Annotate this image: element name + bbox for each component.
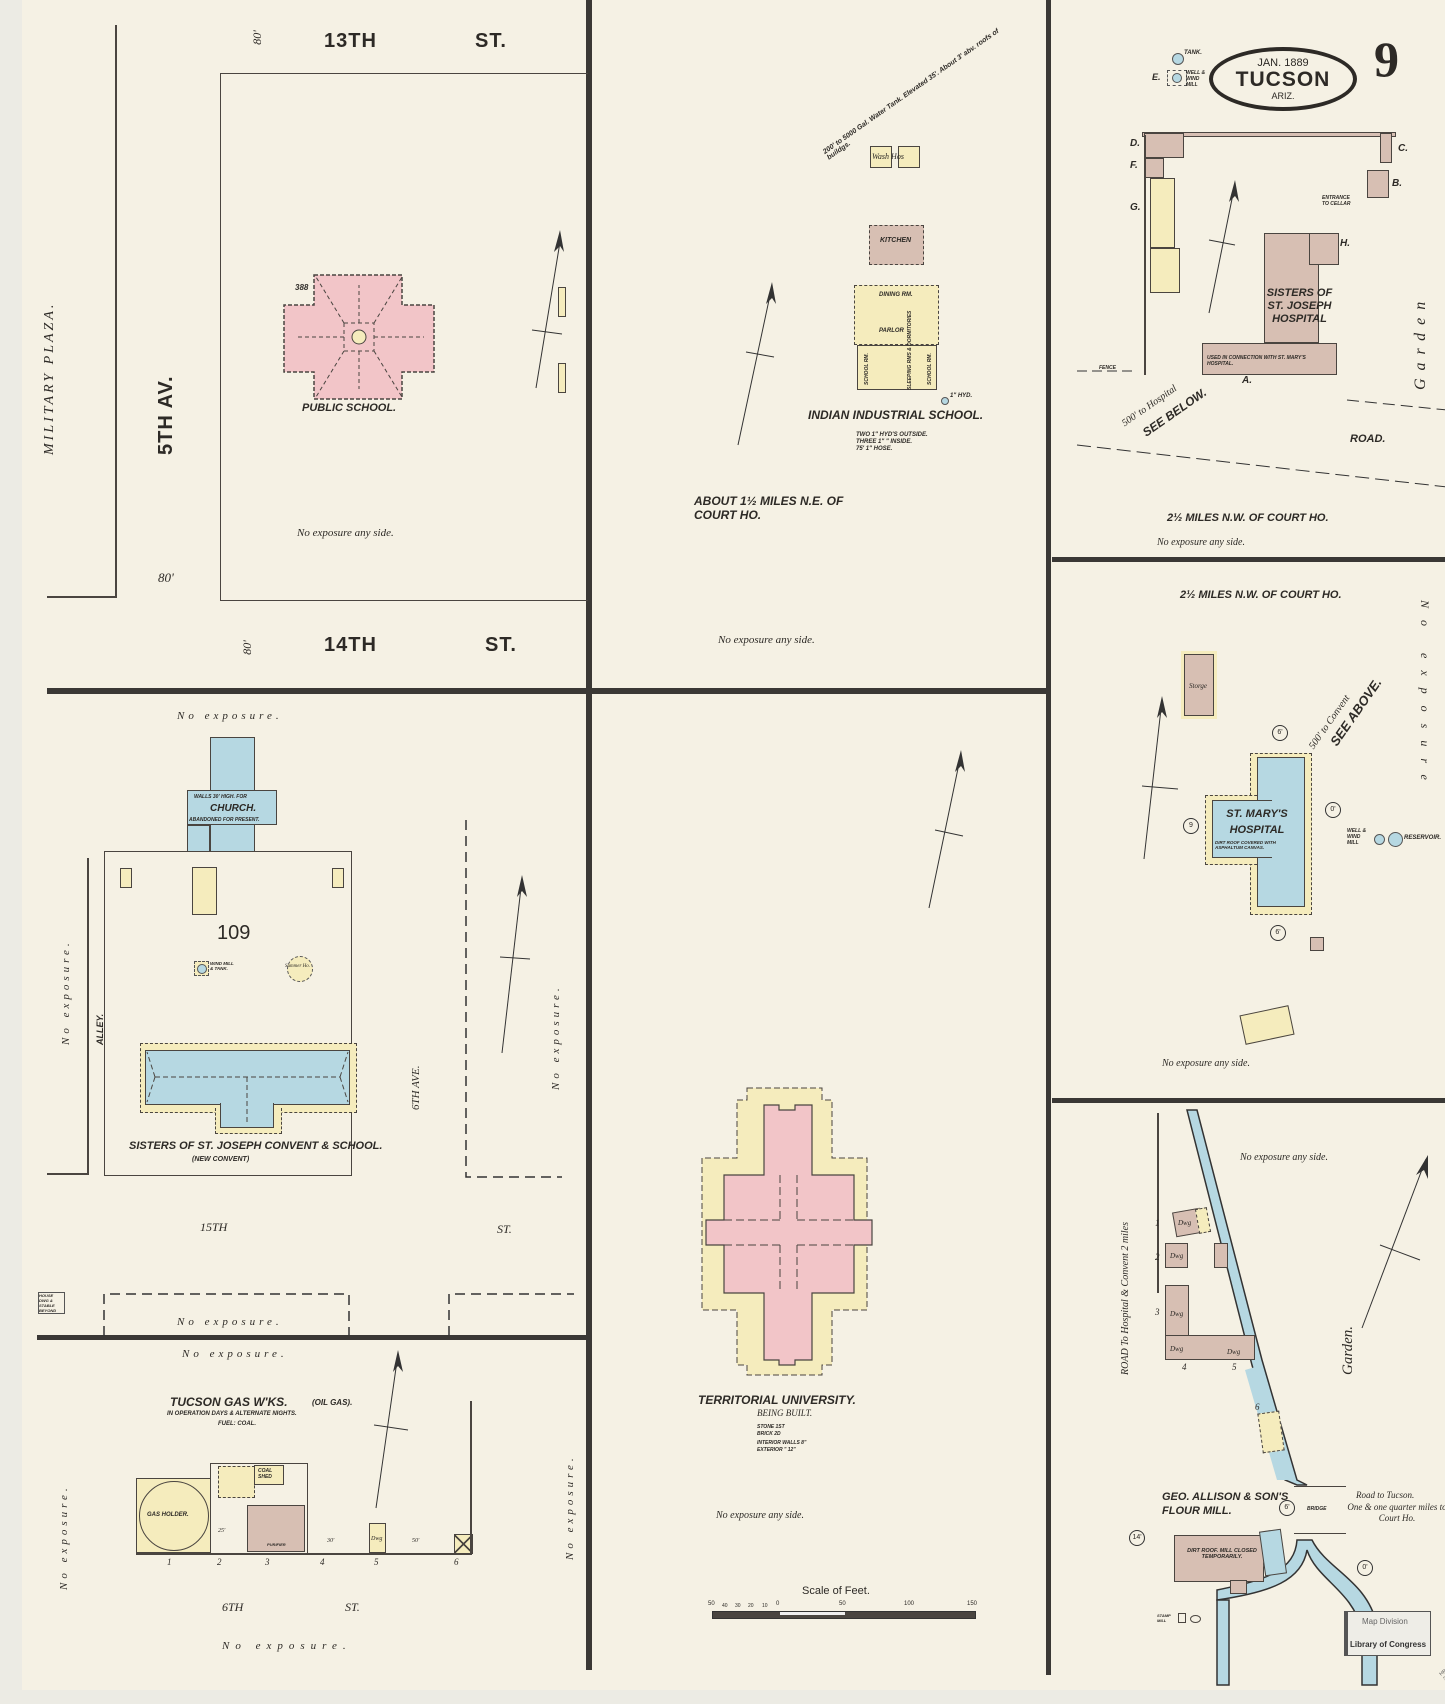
label-d: D. [1130, 138, 1140, 149]
scale-tick-20: 20 [748, 1603, 754, 1609]
university-note-4: EXTERIOR " 12" [757, 1447, 796, 1453]
tank-icon [1172, 53, 1184, 65]
horizontal-divider-right-2 [1052, 1098, 1445, 1103]
st-marys-side-exposure: No exposure [1417, 600, 1432, 792]
label-e: E. [1152, 72, 1161, 82]
st-joseph-exposure: No exposure any side. [1157, 537, 1245, 548]
road-label: ROAD. [1350, 433, 1385, 445]
north-arrow-icon [500, 875, 530, 1055]
horizontal-divider-mid [47, 688, 1047, 694]
gas-works-dwg: Dwg [371, 1536, 382, 1542]
gas-works-fuel: FUEL: COAL. [218, 1421, 256, 1427]
corner-note: HOUSE DWG & STABLE BEYOND [38, 1292, 65, 1314]
school-room-2: SCHOOL RM. [927, 353, 933, 385]
reservoir-icon [1388, 832, 1403, 847]
st-marys-location: 2½ MILES N.W. OF COURT HO. [1180, 589, 1342, 601]
dim-30: 30' [327, 1538, 334, 1544]
circle-marker: 14' [1129, 1530, 1145, 1546]
indian-school-note-1: TWO 1" HYD'S OUTSIDE. [856, 432, 928, 438]
university-label: TERRITORIAL UNIVERSITY. [698, 1393, 856, 1407]
storage-label: Storge [1189, 682, 1207, 690]
st-marys-exposure: No exposure any side. [1162, 1058, 1250, 1069]
north-arrow-icon [927, 750, 967, 910]
mill-lot-3: 3 [1155, 1307, 1160, 1317]
kitchen-label: KITCHEN [880, 237, 911, 244]
summer-house [287, 956, 313, 982]
school-room-1: SCHOOL RM. [864, 353, 870, 385]
mill-lot-1: 1 [1155, 1218, 1160, 1228]
university-note-3: INTERIOR WALLS 8" [757, 1440, 806, 1446]
lot-3: 3 [265, 1557, 270, 1567]
church-note-2: ABANDONED FOR PRESENT. [189, 817, 259, 823]
gas-right-exposure: No exposure. [564, 1454, 576, 1560]
street-14-num: 14TH [324, 634, 377, 657]
convent-subtitle: (NEW CONVENT) [192, 1156, 249, 1163]
road-to-tucson: Road to Tucson. [1356, 1490, 1414, 1500]
public-school-exposure: No exposure any side. [297, 527, 394, 539]
indian-school-location: ABOUT 1½ MILES N.E. OF COURT HO. [694, 494, 844, 522]
scale-tick-100: 100 [904, 1601, 914, 1607]
water-tank-note: 200' to 5000 Gal. Water Tank. Elevated 3… [822, 24, 1010, 162]
label-c: C. [1398, 143, 1408, 154]
public-school-code: 388 [295, 283, 308, 292]
scale-tick-50l: 50 [708, 1601, 715, 1607]
north-arrow-icon [374, 1350, 414, 1510]
well-icon [1172, 73, 1182, 83]
scale-tick-150: 150 [967, 1601, 977, 1607]
title-cartouche: JAN. 1889 TUCSON ARIZ. [1209, 47, 1357, 111]
sixth-street-num: 6TH [222, 1600, 243, 1615]
convent-left-exposure: No exposure. [60, 939, 72, 1045]
vertical-divider-right [1046, 0, 1051, 1675]
gas-left-exposure: No exposure. [58, 1484, 70, 1590]
university-note-2: BRICK 2D [757, 1431, 781, 1437]
dwg-label: Dwg [1170, 1310, 1183, 1318]
block-number: 109 [217, 922, 250, 945]
lot-5: 5 [374, 1557, 379, 1567]
convent-roof-lines [145, 1050, 350, 1130]
well-label: WELL & WIND MILL [1186, 70, 1210, 88]
fifteenth-street-suffix: ST. [497, 1222, 512, 1237]
mill-note: DIRT ROOF. MILL CLOSED TEMPORARILY. [1182, 1548, 1262, 1560]
indian-school-note-3: 75' 1" HOSE. [856, 446, 892, 452]
scale-tick-40: 40 [722, 1603, 728, 1609]
label-h: H. [1340, 238, 1350, 249]
horizontal-divider-right-1 [1052, 557, 1445, 562]
reservoir-label: RESERVOIR. [1404, 835, 1441, 841]
dwg-label: Dwg [1170, 1345, 1183, 1353]
st-marys-well-label: WELL & WIND MILL [1347, 828, 1369, 846]
gas-works-operation: IN OPERATION DAYS & ALTERNATE NIGHTS. [167, 1411, 297, 1417]
lot-dashes [104, 1292, 574, 1336]
church-label: CHURCH. [210, 803, 256, 814]
stamp-mill-label: STAMP MILL [1157, 1613, 1173, 1623]
hydrant-label: 1" HYD. [950, 393, 972, 399]
university-exposure: No exposure any side. [716, 1510, 804, 1521]
circle-marker: 9 [1183, 818, 1199, 834]
summer-house-label: Summer Ho. [285, 964, 310, 969]
st-marys-label: ST. MARY'S HOSPITAL [1217, 806, 1297, 838]
indian-school-label: INDIAN INDUSTRIAL SCHOOL. [808, 408, 983, 422]
circle-marker: 0' [1325, 802, 1341, 818]
wind-mill-label: WIND MILL & TANK. [210, 961, 238, 971]
scale-tick-0: 0 [776, 1601, 779, 1607]
label-b: B. [1392, 178, 1402, 189]
mill-lot-5: 5 [1232, 1362, 1237, 1372]
tank-label: TANK. [1184, 50, 1202, 56]
flour-mill-exposure: No exposure any side. [1240, 1152, 1328, 1163]
parlor-label: PARLOR [879, 328, 904, 334]
entrance-cellar-label: ENTRANCE TO CELLAR [1322, 195, 1357, 207]
garden-label: Garden. [1340, 1326, 1357, 1375]
dim-50: 50' [412, 1538, 419, 1544]
indian-school-exposure: No exposure any side. [718, 634, 815, 646]
sheet-state: ARIZ. [1213, 91, 1353, 101]
dim-top: 80' [250, 30, 265, 45]
label-g: G. [1130, 202, 1141, 213]
north-arrow-icon [1207, 180, 1237, 315]
fifteenth-street-num: 15TH [200, 1220, 227, 1235]
circle-marker: 6' [1270, 925, 1286, 941]
lot-4: 4 [320, 1557, 325, 1567]
fence-label: FENCE [1099, 365, 1116, 371]
north-arrow-icon [734, 282, 774, 447]
university-note-1: STONE 1ST [757, 1424, 785, 1430]
avenue-label: 5TH AV. [155, 375, 178, 455]
convent-right-exposure: No exposure. [550, 984, 562, 1090]
sheet-number: 9 [1374, 30, 1399, 88]
north-arrow-icon [1142, 696, 1172, 861]
circle-marker: 6' [1279, 1500, 1295, 1516]
dim-25: 25' [218, 1528, 225, 1534]
lot-2: 2 [217, 1557, 222, 1567]
public-school-label: PUBLIC SCHOOL. [302, 402, 396, 414]
street-14-suffix: ST. [485, 634, 517, 657]
gas-holder-label: GAS HOLDER. [147, 1512, 189, 1518]
street-13-num: 13TH [324, 30, 377, 53]
sixth-street-suffix: ST. [345, 1600, 360, 1615]
wind-mill-icon [194, 961, 209, 976]
label-f: F. [1130, 160, 1138, 171]
convent-bottom-exposure: No exposure. [177, 1316, 283, 1328]
alley-label: ALLEY. [95, 1014, 105, 1045]
sixth-ave-label: 6TH AVE. [410, 1066, 422, 1110]
purifier-label: PURIFIER [267, 1542, 286, 1547]
dim-left: 80' [158, 570, 174, 586]
gas-works-title-note: (OIL GAS). [312, 1398, 352, 1407]
dim-bottom: 80' [240, 640, 255, 655]
road-to-hospital-label: ROAD To Hospital & Convent 2 miles [1120, 1222, 1131, 1375]
territorial-university-building [682, 1070, 922, 1390]
scale-tick-30: 30 [735, 1603, 741, 1609]
church-note-1: WALLS 30' HIGH. FOR [194, 794, 247, 800]
library-stamp: Map Division Library of Congress [1344, 1611, 1431, 1656]
st-joseph-hospital-label: SISTERS OF ST. JOSEPH HOSPITAL [1262, 287, 1337, 326]
lot-6: 6 [454, 1557, 459, 1567]
circle-marker: 6' [1272, 725, 1288, 741]
gas-bottom-exposure: No exposure. [222, 1640, 352, 1652]
dining-label: DINING RM. [879, 292, 913, 298]
hydrant-icon [941, 397, 949, 405]
garden-label: Garden [1412, 294, 1430, 390]
gas-top-exposure: No exposure. [182, 1348, 288, 1360]
mill-lot-6: 6 [1255, 1402, 1260, 1412]
coal-shed-label: COAL SHED [258, 1468, 280, 1480]
scale-tick-10: 10 [762, 1603, 768, 1609]
convent-label: SISTERS OF ST. JOSEPH CONVENT & SCHOOL. [129, 1140, 382, 1152]
public-school-building [284, 275, 436, 400]
dwg-label: Dwg [1170, 1252, 1183, 1260]
scale-title: Scale of Feet. [802, 1585, 870, 1597]
mill-lot-2: 2 [1155, 1252, 1160, 1262]
dwg-label: Dwg [1178, 1219, 1191, 1227]
university-status: BEING BUILT. [757, 1408, 812, 1418]
lot-1: 1 [167, 1557, 172, 1567]
distance-to-court: One & one quarter miles to Court Ho. [1342, 1502, 1445, 1524]
scale-tick-50: 50 [839, 1601, 846, 1607]
well-icon [1374, 834, 1385, 845]
st-joseph-location: 2½ MILES N.W. OF COURT HO. [1167, 512, 1329, 524]
indian-school-note-2: THREE 1" " INSIDE. [856, 439, 912, 445]
bridge-label: BRIDGE [1307, 1506, 1326, 1512]
wash-house-label: Wash Hos [872, 152, 904, 161]
convent-top-exposure: No exposure. [177, 710, 283, 722]
dwg-label: Dwg [1227, 1348, 1240, 1356]
sheet-city: TUCSON [1213, 68, 1353, 92]
mill-lot-4: 4 [1182, 1362, 1187, 1372]
gas-works-title: TUCSON GAS W'KS. [170, 1395, 288, 1409]
north-arrow-icon [1360, 1155, 1430, 1330]
sleeping-label: SLEEPING RMS & DORMITORIES [907, 311, 913, 390]
accession-mark: HRG 2.10.88 [1438, 1660, 1445, 1682]
circle-marker: 0' [1357, 1560, 1373, 1576]
street-13-suffix: ST. [475, 30, 507, 53]
plaza-label: MILITARY PLAZA. [42, 302, 58, 455]
map-sheet: JAN. 1889 TUCSON ARIZ. 9 MILITARY PLAZA.… [22, 0, 1445, 1690]
st-marys-roof-note: DIRT ROOF COVERED WITH ASPHALTUM CANVAS. [1215, 840, 1300, 850]
